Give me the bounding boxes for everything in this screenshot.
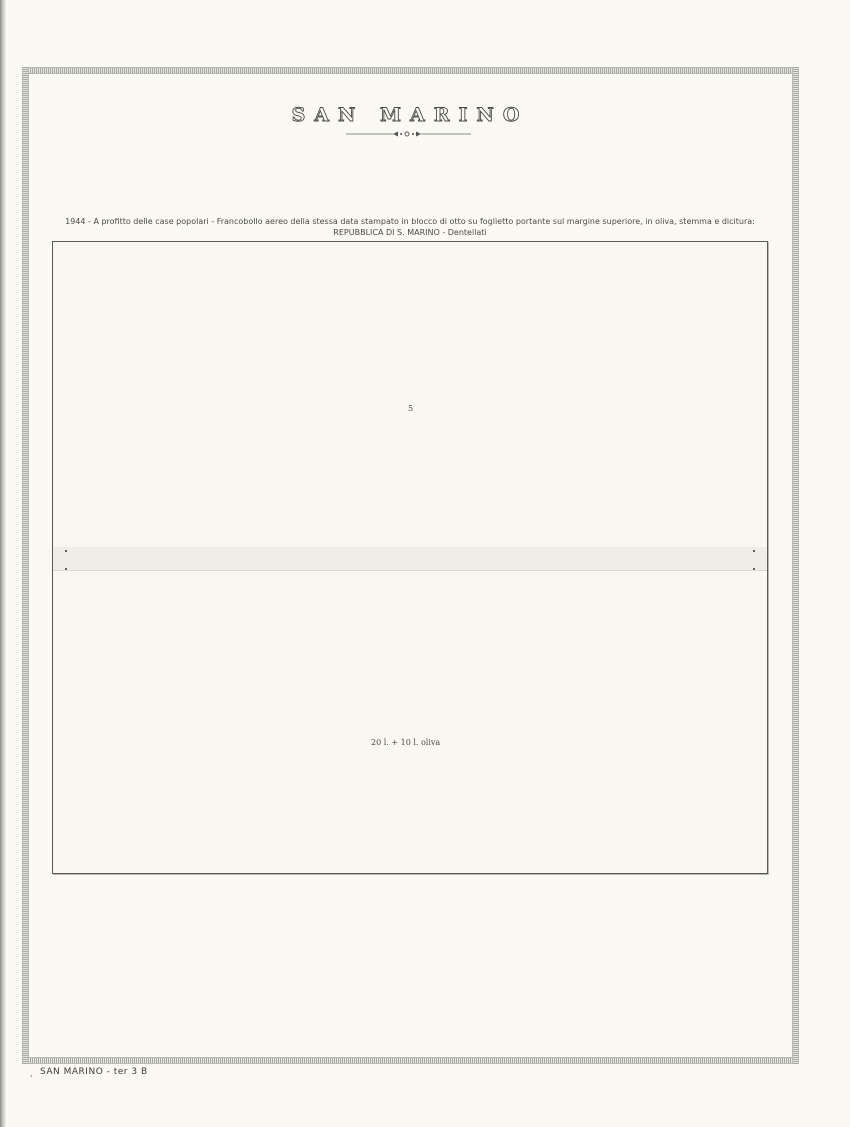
page-footer-label: SAN MARINO - ter 3 B	[40, 1067, 148, 1077]
issue-description: 1944 - A profitto delle case popolari - …	[30, 216, 790, 238]
description-line-1: 1944 - A profitto delle case popolari - …	[30, 216, 790, 227]
stamp-value-label: 20 l. + 10 l. oliva	[371, 738, 440, 747]
corner-mark	[65, 550, 67, 552]
corner-mark	[753, 550, 755, 552]
corner-mark	[753, 568, 755, 570]
sheet-gutter-strip	[53, 547, 767, 571]
page-edge-shadow	[0, 0, 6, 1127]
frame-border-right	[792, 67, 799, 1064]
frame-border-top	[22, 67, 798, 74]
footer-tick-mark: ,	[30, 1069, 33, 1078]
ornament-divider-icon	[346, 128, 471, 140]
stamp-mount-area: 5 20 l. + 10 l. oliva	[52, 241, 768, 874]
frame-border-bottom	[22, 1057, 798, 1064]
frame-border-left	[22, 67, 29, 1064]
catalog-number-label: 5	[408, 404, 413, 413]
description-line-2: REPUBBLICA DI S. MARINO - Dentellati	[30, 227, 790, 238]
page-title: SAN MARINO	[0, 104, 820, 126]
corner-mark	[65, 568, 67, 570]
